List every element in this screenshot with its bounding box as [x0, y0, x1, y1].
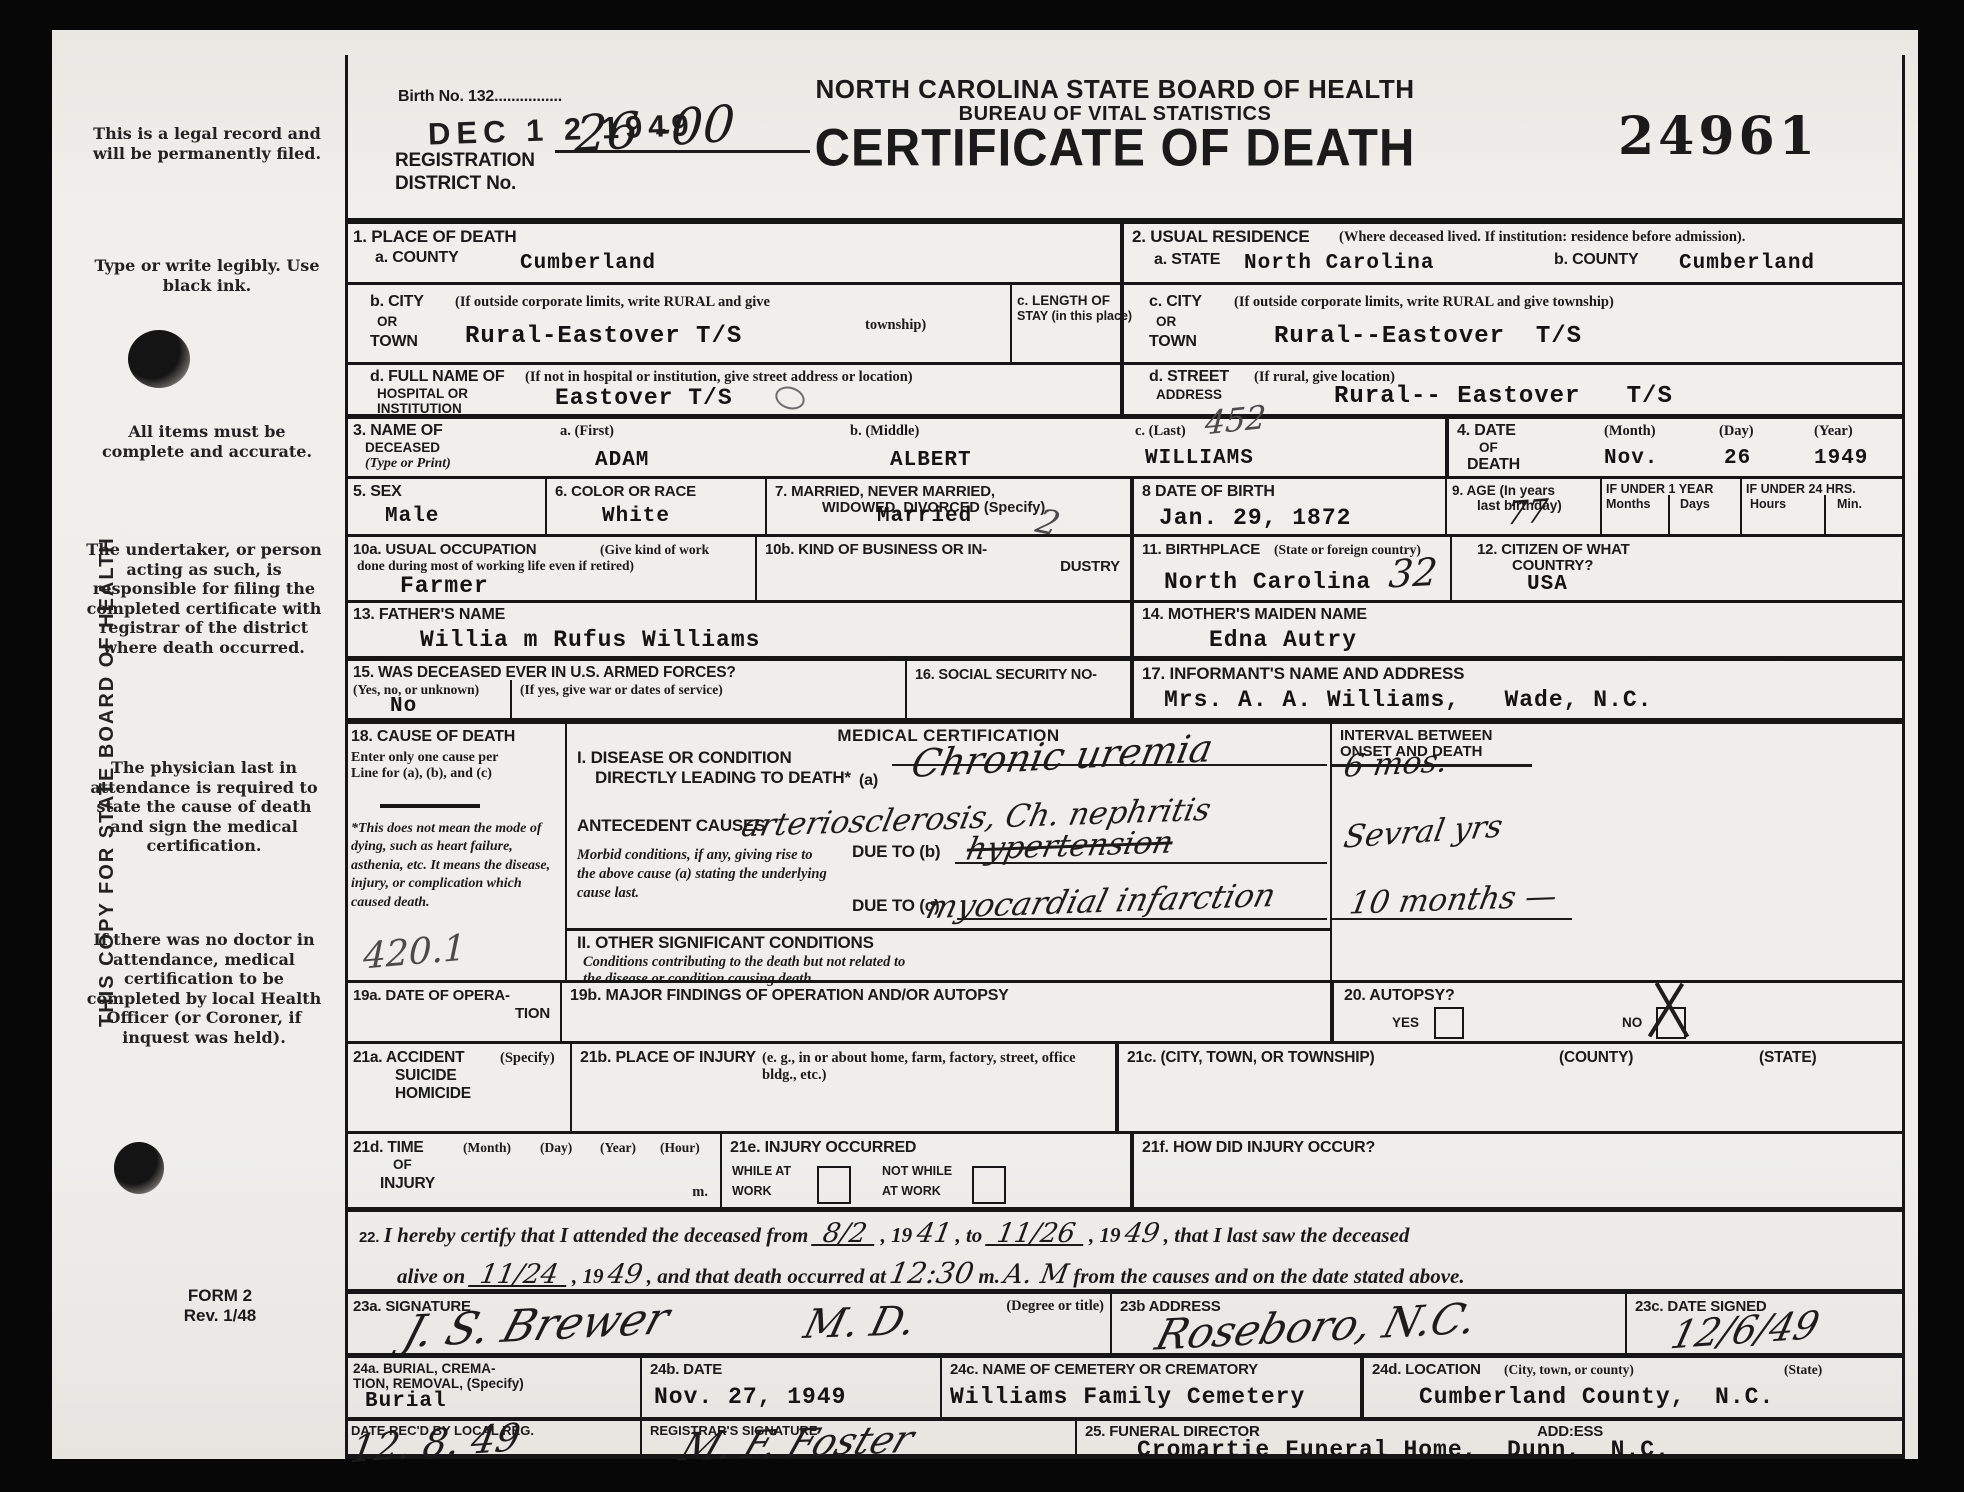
citizen-label2: COUNTRY?	[1512, 557, 1593, 574]
usual-residence-label: 2. USUAL RESIDENCE	[1132, 227, 1309, 247]
field-interval: INTERVAL BETWEEN ONSET AND DEATH 6 mos. …	[1330, 724, 1905, 980]
injury-city-label: 21c. (CITY, TOWN, OR TOWNSHIP)	[1127, 1049, 1374, 1067]
row-armed-forces-informant: 15. WAS DECEASED EVER IN U.S. ARMED FORC…	[345, 656, 1905, 718]
margin-note-complete: All items must be complete and accurate.	[88, 422, 326, 461]
city-or: OR	[377, 314, 397, 329]
not-while-at-work-checkbox	[972, 1166, 1006, 1204]
certify-year1-value: 41	[914, 1218, 954, 1249]
hosp-label2: HOSPITAL OR	[377, 386, 468, 401]
certify-p6: alive on	[397, 1264, 465, 1288]
time-month-label: (Month)	[463, 1140, 511, 1156]
operation-label1: 19a. DATE OF OPERA-	[353, 987, 510, 1004]
residence-state-value: North Carolina	[1244, 252, 1434, 275]
field-place-of-death: 1. PLACE OF DEATH a. COUNTY Cumberland	[345, 224, 1120, 282]
cemetery-label: 24c. NAME OF CEMETERY OR CREMATORY	[950, 1361, 1258, 1378]
due-to-b-label: DUE TO (b)	[852, 842, 940, 862]
occ-label: 10a. USUAL OCCUPATION	[353, 541, 536, 558]
field-city-of-death: b. CITY (If outside corporate limits, wr…	[345, 285, 1010, 362]
time-injury-label1: 21d. TIME	[353, 1139, 424, 1157]
margin-note-legible: Type or write legibly. Use black ink.	[88, 256, 326, 295]
marital-label1: 7. MARRIED, NEVER MARRIED,	[775, 483, 995, 500]
certificate-title: CERTIFICATE OF DEATH	[665, 118, 1565, 178]
certify-p4: , 19	[1089, 1223, 1121, 1247]
street-label2: ADDRESS	[1156, 387, 1222, 402]
disease-label2: DIRECTLY LEADING TO DEATH*	[595, 768, 851, 788]
form-no-line2: Rev. 1/48	[140, 1306, 300, 1326]
certify-year3-value: 49	[605, 1259, 645, 1290]
autopsy-yes-label: YES	[1392, 1015, 1419, 1030]
findings-label: 19b. MAJOR FINDINGS OF OPERATION AND/OR …	[570, 987, 1009, 1005]
race-label: 6. COLOR OR RACE	[555, 483, 696, 500]
forces-value: No	[390, 695, 417, 718]
field-burial-date: 24b. DATE Nov. 27, 1949	[640, 1358, 940, 1417]
under1yr-label: IF UNDER 1 YEAR	[1606, 482, 1713, 496]
burial-label2: TION, REMOVAL, (Specify)	[353, 1376, 524, 1391]
operation-label2: TION	[515, 1005, 550, 1022]
field-date-signed: 23c. DATE SIGNED 12/6/49	[1625, 1294, 1905, 1353]
dod-day-label: (Day)	[1719, 423, 1754, 440]
birth-no-label: Birth No. 132................	[398, 88, 562, 106]
field-informant: 17. INFORMANT'S NAME AND ADDRESS Mrs. A.…	[1130, 661, 1905, 718]
row-occupation-birthplace: 10a. USUAL OCCUPATION (Give kind of work…	[345, 534, 1905, 600]
cause-note1a: Enter only one cause per	[351, 750, 499, 766]
accident-label2: SUICIDE	[395, 1067, 456, 1085]
disease-label1: I. DISEASE OR CONDITION	[577, 748, 792, 768]
certify-year2-value: 49	[1122, 1218, 1162, 1249]
mother-label: 14. MOTHER'S MAIDEN NAME	[1142, 606, 1367, 624]
burial-date-value: Nov. 27, 1949	[654, 1384, 846, 1410]
last-name-value: WILLIAMS	[1145, 447, 1254, 470]
ssn-label: 16. SOCIAL SECURITY NO-	[915, 667, 1097, 683]
row-accident-injury: 21a. ACCIDENT SUICIDE HOMICIDE (Specify)…	[345, 1041, 1905, 1131]
injury-county-label: (COUNTY)	[1559, 1049, 1633, 1067]
margin-note-physician: The physician last in attendance is requ…	[80, 758, 328, 856]
usual-residence-paren: (Where deceased lived. If institution: r…	[1339, 229, 1745, 246]
informant-label: 17. INFORMANT'S NAME AND ADDRESS	[1142, 664, 1464, 684]
field-hospital: d. FULL NAME OF (If not in hospital or i…	[345, 365, 1120, 414]
certify-from-value: 8/2	[811, 1224, 878, 1246]
field-if-under-1-year: IF UNDER 1 YEAR Months Days	[1600, 479, 1740, 534]
dod-label1: 4. DATE	[1457, 422, 1516, 440]
length-label1: c. LENGTH OF	[1017, 293, 1110, 308]
field-birthplace: 11. BIRTHPLACE (State or foreign country…	[1130, 537, 1450, 600]
field-date-of-birth: 8 DATE OF BIRTH Jan. 29, 1872	[1130, 479, 1445, 534]
dod-day-value: 26	[1724, 447, 1751, 470]
field-usual-residence: 2. USUAL RESIDENCE (Where deceased lived…	[1120, 224, 1905, 282]
field-place-of-injury: 21b. PLACE OF INJURY (e. g., in or about…	[570, 1044, 1115, 1131]
interval-c-value: 10 months —	[1347, 878, 1560, 921]
certify-ampm-value: A. M	[1002, 1259, 1072, 1290]
res-city-value: Rural--Eastover T/S	[1274, 323, 1582, 350]
dob-value: Jan. 29, 1872	[1159, 505, 1351, 531]
forces-divider	[510, 680, 512, 720]
dob-label: 8 DATE OF BIRTH	[1142, 483, 1275, 501]
cause-note1b: Line for (a), (b), and (c)	[351, 766, 492, 782]
field-how-injury: 21f. HOW DID INJURY OCCUR?	[1130, 1134, 1905, 1207]
row-name-date-of-death: 3. NAME OF DECEASED (Type or Print) a. (…	[345, 414, 1905, 476]
dod-year-value: 1949	[1814, 447, 1868, 470]
county-label: a. COUNTY	[375, 249, 459, 267]
field-date-of-death: 4. DATE OF DEATH (Month) Nov. (Day) 26 (…	[1445, 419, 1905, 476]
while-at-label2: WORK	[732, 1184, 772, 1198]
cause-note2: *This does not mean the mode of dying, s…	[351, 820, 551, 912]
father-value: Willia m Rufus Williams	[420, 627, 760, 653]
field-burial-location: 24d. LOCATION (City, town, or county) (S…	[1360, 1358, 1905, 1417]
hosp-label1: d. FULL NAME OF	[370, 368, 504, 386]
field-citizen: 12. CITIZEN OF WHAT COUNTRY? USA	[1450, 537, 1905, 600]
cause-rule	[380, 804, 480, 808]
injury-place-label: 21b. PLACE OF INJURY	[580, 1049, 756, 1067]
certify-p9: from the causes and on the date stated a…	[1073, 1264, 1464, 1288]
row-hospital-street: d. FULL NAME OF (If not in hospital or i…	[345, 362, 1905, 414]
county-value: Cumberland	[520, 252, 656, 275]
row-burial: 24a. BURIAL, CREMA- TION, REMOVAL, (Spec…	[345, 1353, 1905, 1417]
name-label3: (Type or Print)	[365, 456, 451, 472]
certify-p3: , to	[955, 1223, 982, 1247]
certify-time-value: 12:30	[887, 1256, 977, 1290]
accident-specify: (Specify)	[500, 1050, 555, 1067]
city-value: Rural-Eastover T/S	[465, 323, 742, 350]
res-city-or: OR	[1156, 314, 1176, 329]
time-year-label: (Year)	[600, 1140, 636, 1156]
margin-note-undertaker: The undertaker, or person acting as such…	[80, 540, 328, 657]
first-name-label: a. (First)	[560, 423, 614, 440]
last-name-label: c. (Last)	[1135, 423, 1186, 440]
pencil-scribble-last: 452	[1204, 398, 1267, 443]
field-sex: 5. SEX Male	[345, 479, 545, 534]
time-injury-label3: INJURY	[380, 1175, 435, 1193]
other-conditions-divider	[567, 928, 1330, 931]
under24-label: IF UNDER 24 HRS.	[1746, 482, 1856, 496]
interval-a-line	[1332, 764, 1532, 767]
field-injury-location: 21c. (CITY, TOWN, OR TOWNSHIP) (COUNTY) …	[1115, 1044, 1905, 1131]
form-number: FORM 2 Rev. 1/48	[140, 1286, 300, 1326]
field-name-of-deceased: 3. NAME OF DECEASED (Type or Print) a. (…	[345, 419, 1445, 476]
age-value: 77	[1505, 491, 1550, 532]
field-residence-city: c. CITY (If outside corporate limits, wr…	[1120, 285, 1905, 362]
informant-value: Mrs. A. A. Williams, Wade, N.C.	[1164, 687, 1652, 713]
morbid-note: Morbid conditions, if any, giving rise t…	[577, 846, 832, 903]
res-city-town: TOWN	[1149, 333, 1197, 351]
under24-hours: Hours	[1750, 497, 1786, 511]
punch-hole-top	[128, 330, 190, 388]
medical-certification-block: MEDICAL CERTIFICATION I. DISEASE OR COND…	[565, 724, 1330, 980]
race-value: White	[602, 505, 670, 528]
certify-num: 22.	[359, 1229, 379, 1246]
sex-label: 5. SEX	[353, 483, 402, 501]
forces-paren2: (If yes, give war or dates of service)	[520, 682, 723, 698]
res-city-label: c. CITY	[1149, 293, 1202, 311]
business-label1: 10b. KIND OF BUSINESS OR IN-	[765, 541, 987, 558]
cemetery-value: Williams Family Cemetery	[950, 1384, 1305, 1410]
res-city-paren: (If outside corporate limits, write RURA…	[1234, 294, 1614, 311]
certify-p1: I hereby certify that I attended the dec…	[384, 1223, 809, 1247]
field-certify-statement: 22. I hereby certify that I attended the…	[345, 1212, 1905, 1289]
forces-label: 15. WAS DECEASED EVER IN U.S. ARMED FORC…	[353, 664, 736, 682]
sex-value: Male	[385, 505, 439, 528]
certify-m: m.	[978, 1264, 1000, 1288]
under1yr-months: Months	[1606, 497, 1650, 511]
row-signature: 23a. SIGNATURE (Degree or title) J. S. B…	[345, 1289, 1905, 1353]
cause-label: 18. CAUSE OF DEATH	[351, 728, 515, 746]
registrar-signature-value: M. F. Foster	[674, 1417, 920, 1470]
certify-p8: , and that death occurred at	[647, 1264, 886, 1288]
punch-hole-bottom	[114, 1142, 164, 1194]
location-label: 24d. LOCATION	[1372, 1361, 1481, 1378]
row-parents: 13. FATHER'S NAME Willia m Rufus William…	[345, 600, 1905, 656]
under1yr-divider	[1668, 495, 1670, 535]
dod-year-label: (Year)	[1814, 423, 1853, 440]
certificate-number: 24961	[1618, 106, 1819, 167]
margin-note-legal: This is a legal record and will be perma…	[88, 124, 326, 163]
field-date-received: DATE REC'D BY LOCAL REG. 12. 8. 49	[345, 1421, 640, 1454]
interval-label1: INTERVAL BETWEEN	[1340, 727, 1493, 744]
certify-p5: , that I last saw the deceased	[1164, 1223, 1410, 1247]
birthplace-scribble: 32	[1387, 550, 1439, 597]
time-hour-label: (Hour)	[660, 1140, 700, 1156]
field-accident-suicide: 21a. ACCIDENT SUICIDE HOMICIDE (Specify)	[345, 1044, 570, 1131]
city-township: township)	[865, 317, 926, 334]
occ-paren1: (Give kind of work	[600, 542, 709, 558]
injury-place-paren: (e. g., in or about home, farm, factory,…	[762, 1050, 1092, 1084]
mother-value: Edna Autry	[1209, 627, 1357, 653]
field-color-race: 6. COLOR OR RACE White	[545, 479, 765, 534]
scanned-death-certificate: { "margin": { "vertical_text": "THIS COP…	[0, 0, 1964, 1492]
first-name-value: ADAM	[595, 449, 649, 472]
field-autopsy: 20. AUTOPSY? YES NO	[1330, 983, 1905, 1041]
certify-line2: alive on 11/24 , 19 49 , and that death …	[397, 1256, 1465, 1290]
dod-month-value: Nov.	[1604, 447, 1658, 470]
dod-month-label: (Month)	[1604, 423, 1656, 440]
not-while-label1: NOT WHILE	[882, 1164, 952, 1178]
field-signature: 23a. SIGNATURE (Degree or title) J. S. B…	[345, 1294, 1110, 1353]
cause-a-label: (a)	[859, 772, 878, 790]
injury-state-label: (STATE)	[1759, 1049, 1816, 1067]
registration-label: REGISTRATION	[395, 150, 535, 172]
location-paren2: (State)	[1784, 1362, 1822, 1378]
field-occupation: 10a. USUAL OCCUPATION (Give kind of work…	[345, 537, 755, 600]
name-label2: DECEASED	[365, 440, 440, 455]
margin-note-no-doctor: If there was no doctor in attendance, me…	[80, 930, 328, 1047]
location-value: Cumberland County, N.C.	[1419, 1384, 1774, 1410]
degree-or-title-label: (Degree or title)	[1006, 1298, 1104, 1315]
field-funeral-director: 25. FUNERAL DIRECTOR ADD:ESS Cromartie F…	[1075, 1421, 1905, 1454]
other-conditions-label: II. OTHER SIGNIFICANT CONDITIONS	[577, 933, 874, 953]
field-mother-name: 14. MOTHER'S MAIDEN NAME Edna Autry	[1130, 603, 1905, 656]
cause-code-pencil: 420.1	[363, 927, 466, 977]
field-injury-occurred: 21e. INJURY OCCURRED WHILE AT WORK NOT W…	[720, 1134, 1130, 1207]
birthplace-label: 11. BIRTHPLACE	[1142, 541, 1260, 558]
injury-occurred-label: 21e. INJURY OCCURRED	[730, 1139, 916, 1157]
district-no-label: DISTRICT No.	[395, 173, 516, 195]
row-certify-statement: 22. I hereby certify that I attended the…	[345, 1207, 1905, 1289]
residence-state-label: a. STATE	[1154, 251, 1220, 269]
row-sex-race-marital: 5. SEX Male 6. COLOR OR RACE White 7. MA…	[345, 476, 1905, 534]
residence-county-label: b. COUNTY	[1554, 251, 1638, 269]
field-registrar-signature: REGISTRAR'S SIGNATURE M. F. Foster	[640, 1421, 1075, 1454]
place-of-death-label: 1. PLACE OF DEATH	[353, 227, 516, 247]
cause-b-value: hypertension	[963, 824, 1176, 867]
street-label1: d. STREET	[1149, 368, 1229, 386]
field-time-of-injury: 21d. TIME OF INJURY (Month) (Day) (Year)…	[345, 1134, 720, 1207]
row-operation-autopsy: 19a. DATE OF OPERA- TION 19b. MAJOR FIND…	[345, 980, 1905, 1041]
middle-name-value: ALBERT	[890, 449, 972, 472]
field-ssn: 16. SOCIAL SECURITY NO-	[905, 661, 1130, 718]
length-label2: STAY (in this place)	[1017, 309, 1132, 323]
birthplace-value: North Carolina	[1164, 569, 1371, 595]
field-cemetery: 24c. NAME OF CEMETERY OR CREMATORY Willi…	[940, 1358, 1360, 1417]
field-kind-of-business: 10b. KIND OF BUSINESS OR IN- DUSTRY	[755, 537, 1130, 600]
location-paren1: (City, town, or county)	[1504, 1362, 1634, 1378]
under24-min: Min.	[1837, 497, 1862, 511]
field-armed-forces: 15. WAS DECEASED EVER IN U.S. ARMED FORC…	[345, 661, 905, 718]
field-cause-of-death: 18. CAUSE OF DEATH Enter only one cause …	[345, 724, 565, 980]
city-town: TOWN	[370, 333, 418, 351]
under1yr-days: Days	[1680, 497, 1710, 511]
field-date-of-operation: 19a. DATE OF OPERA- TION	[345, 983, 560, 1041]
antecedent-label: ANTECEDENT CAUSES	[577, 816, 765, 836]
interval-c-line	[1332, 918, 1572, 920]
autopsy-yes-checkbox	[1434, 1007, 1464, 1039]
field-marital-status: 7. MARRIED, NEVER MARRIED, WIDOWED, DIVO…	[765, 479, 1130, 534]
while-at-label1: WHILE AT	[732, 1164, 791, 1178]
burial-date-label: 24b. DATE	[650, 1361, 722, 1378]
time-injury-label2: OF	[393, 1157, 412, 1172]
city-label: b. CITY	[370, 293, 424, 311]
certify-p2: , 19	[881, 1223, 913, 1247]
field-length-of-stay: c. LENGTH OF STAY (in this place)	[1010, 285, 1120, 362]
field-major-findings: 19b. MAJOR FINDINGS OF OPERATION AND/OR …	[560, 983, 1330, 1041]
field-signature-address: 23b ADDRESS Roseboro, N.C.	[1110, 1294, 1625, 1353]
citizen-label1: 12. CITIZEN OF WHAT	[1477, 541, 1630, 558]
board-title: NORTH CAROLINA STATE BOARD OF HEALTH	[665, 74, 1565, 105]
row-medical-certification: 18. CAUSE OF DEATH Enter only one cause …	[345, 718, 1905, 980]
dod-label3: DEATH	[1467, 456, 1520, 474]
field-age: 9. AGE (In years last birthday) 77	[1445, 479, 1600, 534]
business-label2: DUSTRY	[1060, 558, 1120, 575]
row-registrar: DATE REC'D BY LOCAL REG. 12. 8. 49 REGIS…	[345, 1417, 1905, 1459]
row-place-residence: 1. PLACE OF DEATH a. COUNTY Cumberland 2…	[345, 218, 1905, 282]
under24-divider	[1824, 495, 1826, 535]
hosp-paren: (If not in hospital or institution, give…	[525, 369, 913, 386]
dod-label2: OF	[1479, 440, 1498, 455]
while-at-work-checkbox	[817, 1166, 851, 1204]
city-paren: (If outside corporate limits, write RURA…	[455, 294, 770, 311]
residence-county-value: Cumberland	[1679, 252, 1815, 275]
field-father-name: 13. FATHER'S NAME Willia m Rufus William…	[345, 603, 1130, 656]
occ-value: Farmer	[400, 573, 489, 599]
hosp-value: Eastover T/S	[555, 385, 733, 411]
street-value: Rural-- Eastover T/S	[1334, 383, 1673, 410]
citizen-value: USA	[1527, 573, 1568, 596]
row-time-of-injury: 21d. TIME OF INJURY (Month) (Day) (Year)…	[345, 1131, 1905, 1207]
middle-name-label: b. (Middle)	[850, 423, 919, 440]
autopsy-label: 20. AUTOPSY?	[1344, 987, 1455, 1005]
occ-paren2: done during most of working life even if…	[357, 558, 634, 574]
accident-label1: 21a. ACCIDENT	[353, 1049, 464, 1067]
how-injury-label: 21f. HOW DID INJURY OCCUR?	[1142, 1139, 1375, 1157]
certify-line1: 22. I hereby certify that I attended the…	[359, 1218, 1409, 1249]
time-day-label: (Day)	[540, 1140, 572, 1156]
father-label: 13. FATHER'S NAME	[353, 606, 505, 624]
row-city-town: b. CITY (If outside corporate limits, wr…	[345, 282, 1905, 362]
field-burial: 24a. BURIAL, CREMA- TION, REMOVAL, (Spec…	[345, 1358, 640, 1417]
not-while-label2: AT WORK	[882, 1184, 941, 1198]
form-no-line1: FORM 2	[140, 1286, 300, 1306]
marital-value: Married	[877, 505, 972, 528]
accident-label3: HOMICIDE	[395, 1085, 471, 1103]
interval-b-value: Sevral yrs	[1341, 808, 1505, 856]
certify-alive-value: 11/24	[468, 1265, 570, 1287]
certify-to-value: 11/26	[985, 1224, 1087, 1246]
time-m-label: m.	[692, 1184, 708, 1201]
physician-degree: M. D.	[799, 1298, 920, 1348]
funeral-director-value: Cromartie Funeral Home, Dunn, N.C.	[1137, 1437, 1670, 1463]
burial-value: Burial	[365, 1390, 447, 1413]
name-label1: 3. NAME OF	[353, 422, 443, 440]
pencil-mark-oval	[772, 383, 807, 413]
certify-p7: , 19	[572, 1264, 604, 1288]
field-if-under-24-hrs: IF UNDER 24 HRS. Hours Min.	[1740, 479, 1905, 534]
autopsy-no-label: NO	[1622, 1015, 1642, 1030]
burial-label1: 24a. BURIAL, CREMA-	[353, 1361, 496, 1376]
